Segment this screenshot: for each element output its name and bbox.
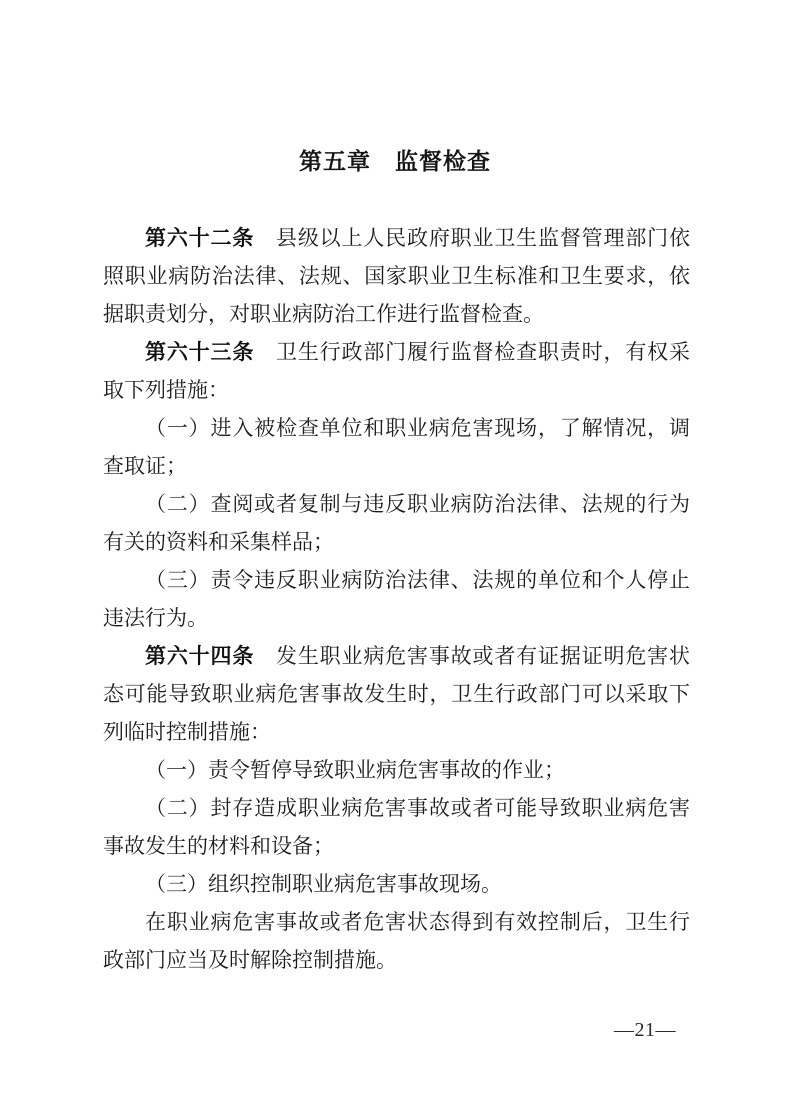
- paragraph: （三）责令违反职业病防治法律、法规的单位和个人停止违法行为。: [103, 561, 690, 637]
- paragraph: （一）责令暂停导致职业病危害事故的作业；: [103, 751, 690, 789]
- paragraph: （二）查阅或者复制与违反职业病防治法律、法规的行为有关的资料和采集样品；: [103, 485, 690, 561]
- article-number: 第六十四条: [145, 644, 254, 668]
- paragraph: 第六十三条 卫生行政部门履行监督检查职责时，有权采取下列措施：: [103, 333, 690, 409]
- paragraph: 第六十二条 县级以上人民政府职业卫生监督管理部门依照职业病防治法律、法规、国家职…: [103, 219, 690, 333]
- chapter-title: 第五章 监督检查: [0, 0, 790, 177]
- paragraph: 在职业病危害事故或者危害状态得到有效控制后，卫生行政部门应当及时解除控制措施。: [103, 903, 690, 979]
- document-page: 第五章 监督检查 第六十二条 县级以上人民政府职业卫生监督管理部门依照职业病防治…: [0, 0, 790, 1118]
- paragraph: 第六十四条 发生职业病危害事故或者有证据证明危害状态可能导致职业病危害事故发生时…: [103, 637, 690, 751]
- article-number: 第六十三条: [145, 340, 254, 364]
- page-number: —21—: [614, 1018, 676, 1042]
- paragraph: （二）封存造成职业病危害事故或者可能导致职业病危害事故发生的材料和设备；: [103, 789, 690, 865]
- article-number: 第六十二条: [145, 226, 254, 250]
- paragraph: （一）进入被检查单位和职业病危害现场，了解情况，调查取证；: [103, 409, 690, 485]
- document-body: 第六十二条 县级以上人民政府职业卫生监督管理部门依照职业病防治法律、法规、国家职…: [0, 219, 790, 979]
- paragraph: （三）组织控制职业病危害事故现场。: [103, 865, 690, 903]
